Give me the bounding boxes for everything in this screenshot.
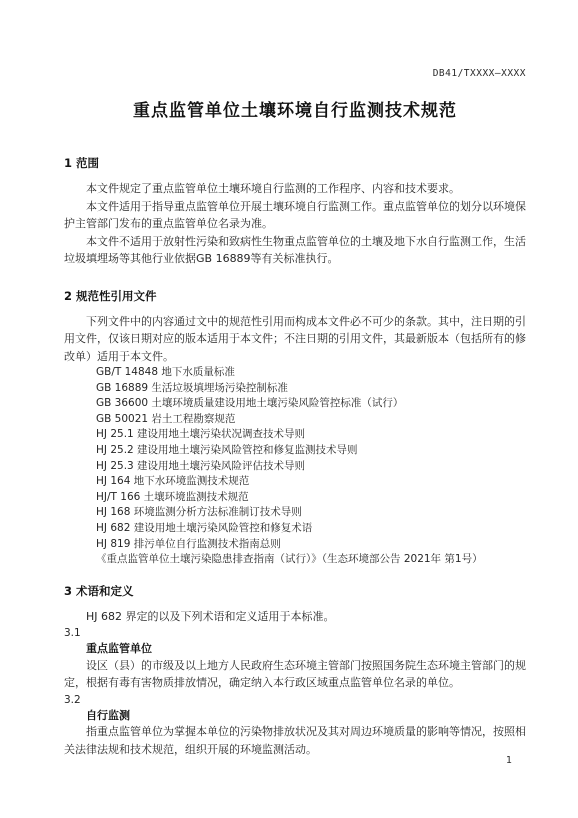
term-name: 自行监测 (86, 708, 526, 724)
document-content: 重点监管单位土壤环境自行监测技术规范 1 范围 本文件规定了重点监管单位土壤环境… (64, 0, 526, 758)
section-1-paragraph-1: 本文件规定了重点监管单位土壤环境自行监测的工作程序、内容和技术要求。 (64, 180, 526, 198)
section-1-paragraph-3: 本文件不适用于放射性污染和致病性生物重点监管单位的土壤及地下水自行监测工作，生活… (64, 233, 526, 268)
normative-references-list: GB/T 14848 地下水质量标准 GB 16889 生活垃圾填埋场污染控制标… (96, 365, 526, 568)
page-number: 1 (506, 755, 512, 766)
term-definition-block: 3.1 重点监管单位 设区（县）的市级及以上地方人民政府生态环境主管部门按照国务… (64, 625, 526, 692)
reference-item: GB/T 14848 地下水质量标准 (96, 365, 526, 381)
term-definition-block: 3.2 自行监测 指重点监管单位为掌握本单位的污染物排放状况及其对周边环境质量的… (64, 692, 526, 759)
term-name: 重点监管单位 (86, 641, 526, 657)
section-3-intro-paragraph: HJ 682 界定的以及下列术语和定义适用于本标准。 (64, 608, 526, 626)
reference-item: GB 36600 土壤环境质量建设用地土壤污染风险管控标准（试行） (96, 396, 526, 412)
reference-item: HJ 168 环境监测分析方法标准制订技术导则 (96, 505, 526, 521)
document-page: DB41/TXXXX—XXXX 重点监管单位土壤环境自行监测技术规范 1 范围 … (0, 0, 578, 818)
section-2-heading: 2 规范性引用文件 (64, 288, 526, 304)
reference-item: HJ 164 地下水环境监测技术规范 (96, 474, 526, 490)
reference-item: HJ/T 166 土壤环境监测技术规范 (96, 490, 526, 506)
reference-item: GB 50021 岩土工程勘察规范 (96, 412, 526, 428)
section-1-paragraph-2: 本文件适用于指导重点监管单位开展土壤环境自行监测工作。重点监管单位的划分以环境保… (64, 198, 526, 233)
reference-item: 《重点监管单位土壤污染隐患排查指南（试行）》（生态环境部公告 2021年 第1号… (96, 552, 526, 568)
reference-item: HJ 25.1 建设用地土壤污染状况调查技术导则 (96, 427, 526, 443)
term-number: 3.2 (64, 692, 526, 708)
section-2-intro-paragraph: 下列文件中的内容通过文中的规范性引用而构成本文件必不可少的条款。其中，注日期的引… (64, 313, 526, 366)
reference-item: HJ 25.3 建设用地土壤污染风险评估技术导则 (96, 459, 526, 475)
reference-item: GB 16889 生活垃圾填埋场污染控制标准 (96, 381, 526, 397)
document-title: 重点监管单位土壤环境自行监测技术规范 (64, 100, 526, 122)
reference-item: HJ 25.2 建设用地土壤污染风险管控和修复监测技术导则 (96, 443, 526, 459)
term-definition: 设区（县）的市级及以上地方人民政府生态环境主管部门按照国务院生态环境主管部门的规… (64, 657, 526, 692)
term-definition: 指重点监管单位为掌握本单位的污染物排放状况及其对周边环境质量的影响等情况，按照相… (64, 723, 526, 758)
reference-item: HJ 819 排污单位自行监测技术指南总则 (96, 537, 526, 553)
section-3-heading: 3 术语和定义 (64, 583, 526, 599)
term-number: 3.1 (64, 625, 526, 641)
reference-item: HJ 682 建设用地土壤污染风险管控和修复术语 (96, 521, 526, 537)
section-1-heading: 1 范围 (64, 155, 526, 171)
